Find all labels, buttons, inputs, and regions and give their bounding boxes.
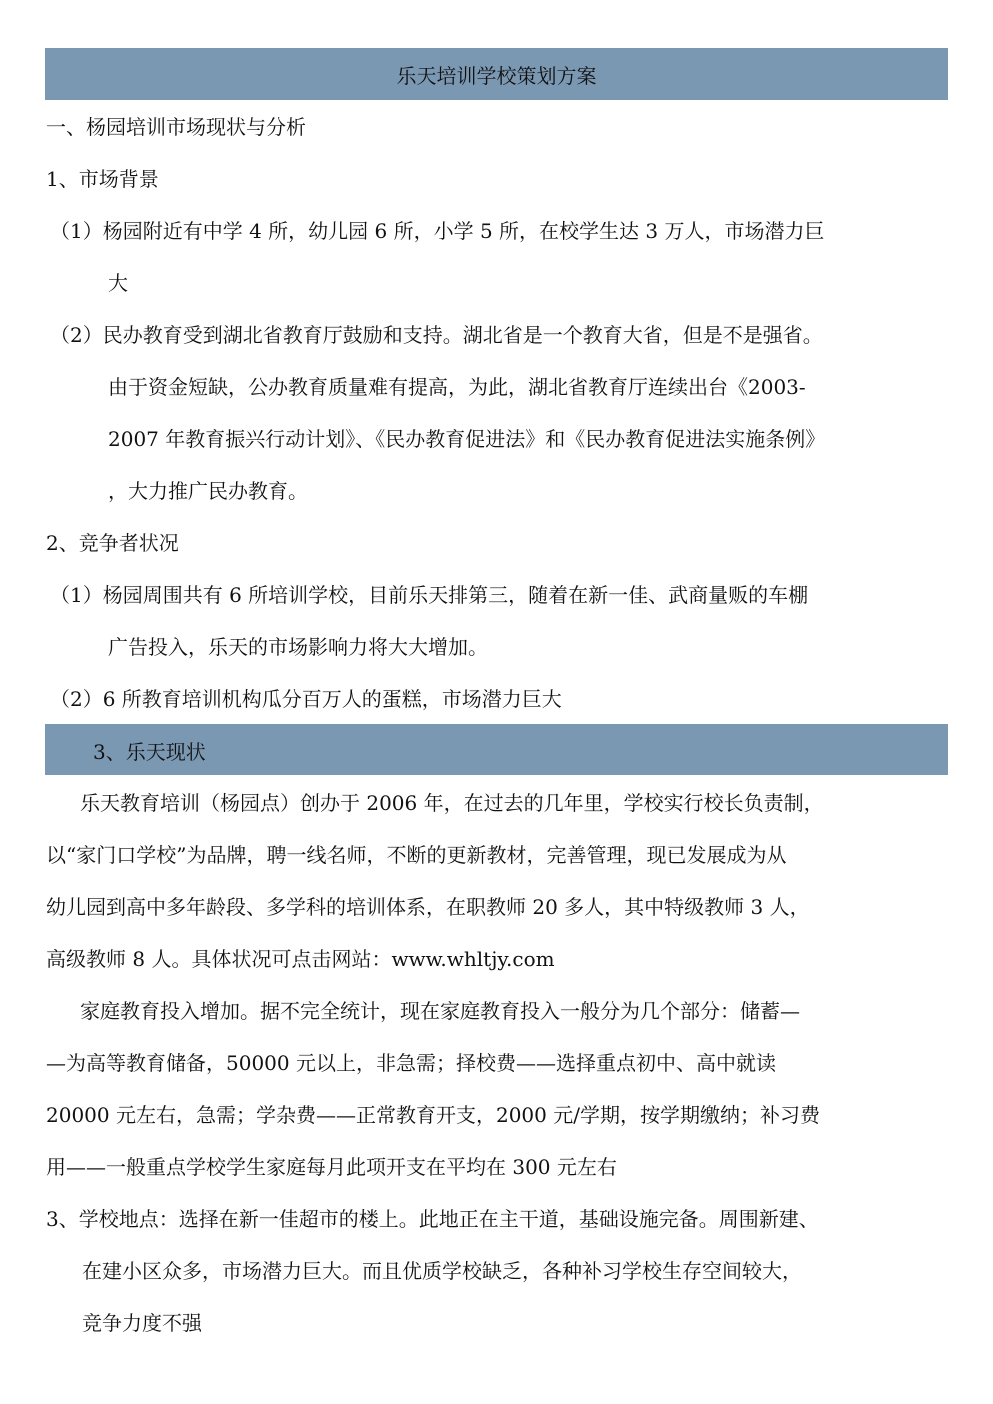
list-item: （2）民办教育受到湖北省教育厅鼓励和支持。湖北省是一个教育大省，但是不是强省。 [50, 322, 823, 348]
paragraph-line: 幼儿园到高中多年龄段、多学科的培训体系，在职教师 20 多人，其中特级教师 3 … [46, 894, 810, 920]
paragraph-line: 用——一般重点学校学生家庭每月此项开支在平均在 300 元左右 [46, 1154, 617, 1180]
title-band: 乐天培训学校策划方案 [45, 48, 948, 100]
section-heading: 一、杨园培训市场现状与分析 [46, 114, 306, 140]
paragraph-line: 3、学校地点：选择在新一佳超市的楼上。此地正在主干道，基础设施完备。周围新建、 [46, 1206, 819, 1232]
subsection-heading: 3、乐天现状 [93, 736, 206, 765]
paragraph-line: 乐天教育培训（杨园点）创办于 2006 年，在过去的几年里，学校实行校长负责制， [80, 790, 824, 816]
list-item-continuation: 由于资金短缺，公办教育质量难有提高，为此，湖北省教育厅连续出台《2003- [108, 374, 806, 400]
list-item-continuation: ，大力推广民办教育。 [108, 478, 308, 504]
list-item: （1）杨园周围共有 6 所培训学校，目前乐天排第三，随着在新一佳、武商量贩的车棚 [50, 582, 808, 608]
list-item-continuation: 广告投入，乐天的市场影响力将大大增加。 [108, 634, 488, 660]
paragraph-line: —为高等教育储备，50000 元以上，非急需；择校费——选择重点初中、高中就读 [46, 1050, 776, 1076]
paragraph-line: 家庭教育投入增加。据不完全统计，现在家庭教育投入一般分为几个部分：储蓄— [80, 998, 800, 1024]
paragraph-line: 以“家门口学校”为品牌，聘一线名师，不断的更新教材，完善管理，现已发展成为从 [46, 842, 786, 868]
paragraph-line: 竞争力度不强 [82, 1310, 202, 1336]
subsection-heading: 1、市场背景 [46, 166, 159, 192]
list-item-continuation: 2007 年教育振兴行动计划》、《民办教育促进法》和《民办教育促进法实施条例》 [108, 426, 825, 452]
section-band: 3、乐天现状 [45, 724, 948, 775]
subsection-heading: 2、竞争者状况 [46, 530, 179, 556]
list-item-continuation: 大 [108, 270, 128, 296]
list-item: （2）6 所教育培训机构瓜分百万人的蛋糕，市场潜力巨大 [50, 686, 562, 712]
paragraph-line: 高级教师 8 人。具体状况可点击网站：www.whltjy.com [46, 946, 555, 972]
paragraph-line: 在建小区众多，市场潜力巨大。而且优质学校缺乏，各种补习学校生存空间较大， [82, 1258, 802, 1284]
paragraph-line: 20000 元左右，急需；学杂费——正常教育开支，2000 元/学期，按学期缴纳… [46, 1102, 820, 1128]
list-item: （1）杨园附近有中学 4 所，幼儿园 6 所，小学 5 所，在校学生达 3 万人… [50, 218, 824, 244]
document-title: 乐天培训学校策划方案 [45, 60, 948, 89]
